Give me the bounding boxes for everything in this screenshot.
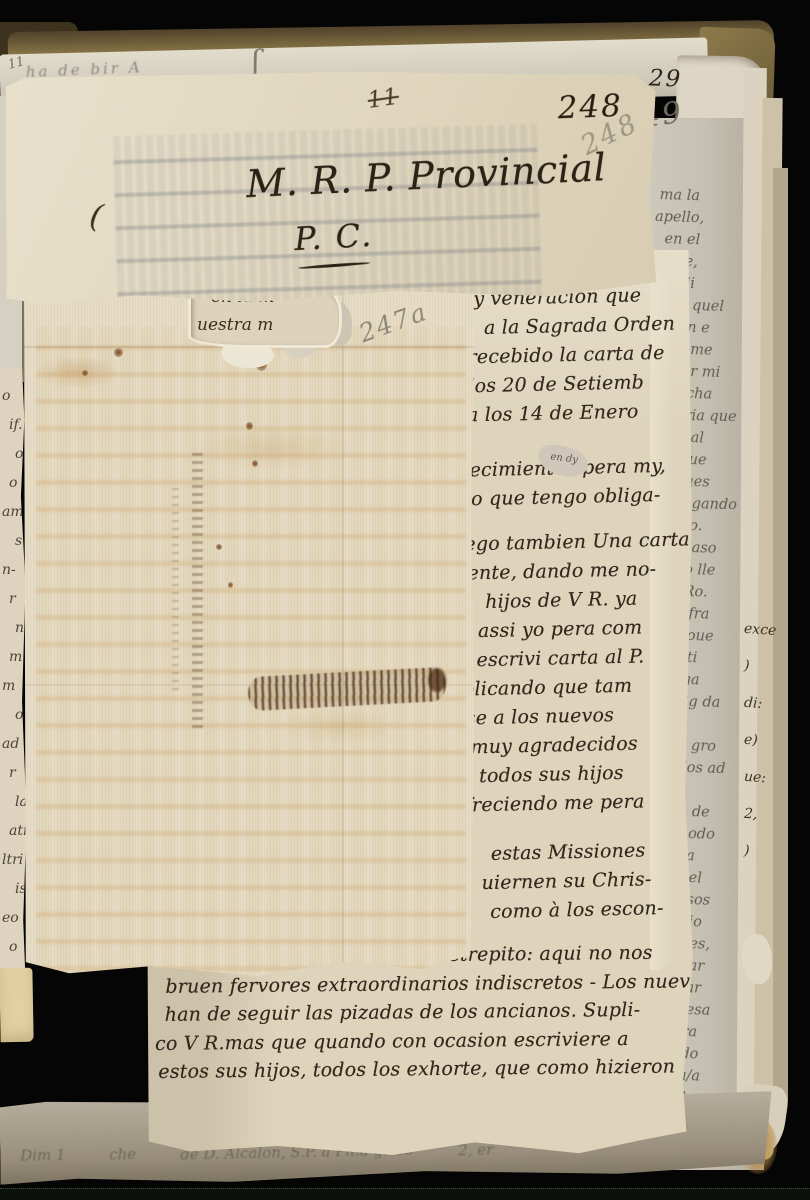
scan-bed-edge bbox=[0, 1188, 810, 1200]
overlay-sheet: en la m uestra m 247a bbox=[24, 282, 474, 976]
edge-ink-mark: e) bbox=[743, 722, 779, 761]
address-header-line2: P. C. bbox=[293, 216, 374, 258]
bottom-edge-fragment: Dim 1 bbox=[20, 1146, 66, 1165]
revealed-text-line: uestra m bbox=[197, 315, 273, 335]
ink-stain-dot bbox=[246, 422, 253, 430]
bleedthrough-script-column bbox=[192, 448, 203, 730]
edge-ink-mark: di: bbox=[743, 685, 779, 724]
letter-line: estos sus hijos, todos los exhorte, que … bbox=[158, 1052, 693, 1086]
ink-smudge-blob bbox=[428, 668, 446, 692]
edge-ink-mark: ue: bbox=[743, 759, 779, 798]
manuscript-photo: ha de bir A ʃ ma laapello,en elviage,a J… bbox=[0, 0, 810, 1200]
bleedthrough-script-column-2 bbox=[172, 482, 179, 692]
header-sheet: 11 248 248 M. R. P. Provincial P. C. ( bbox=[6, 71, 657, 305]
letter-line: lo que tengo obliga- bbox=[465, 480, 704, 514]
ink-stain-dot bbox=[114, 348, 123, 357]
ink-stain-dot bbox=[228, 582, 233, 588]
letter-line: freciendo me pera bbox=[464, 786, 710, 821]
tan-paper-piece bbox=[0, 968, 34, 1043]
ink-stain-dot bbox=[82, 370, 88, 376]
ink-curve-mark: ( bbox=[87, 196, 106, 236]
fold-crease-vertical bbox=[342, 282, 344, 976]
letter-line: a los 14 de Enero bbox=[467, 396, 702, 430]
edge-ink-mark: ) bbox=[743, 648, 779, 687]
letter-column-text: y veneracion quea la Sagrada Ordenrecebi… bbox=[438, 280, 712, 928]
edge-ink-mark: exce bbox=[743, 611, 779, 650]
torn-curl-mid bbox=[742, 934, 772, 984]
ink-stain-dot bbox=[216, 544, 222, 550]
bottom-edge-fragment: che bbox=[109, 1145, 136, 1164]
ink-stain-dot bbox=[252, 460, 258, 467]
letter-line: como à los escon- bbox=[490, 893, 713, 927]
edge-ink-mark: ) bbox=[743, 833, 779, 872]
edge-ink-marks: exce)di:e)ue:2,) bbox=[744, 612, 778, 871]
corner-number-ink: 29 bbox=[649, 65, 683, 92]
cancelled-number: 11 bbox=[366, 84, 401, 114]
edge-ink-mark: 2, bbox=[743, 796, 779, 835]
